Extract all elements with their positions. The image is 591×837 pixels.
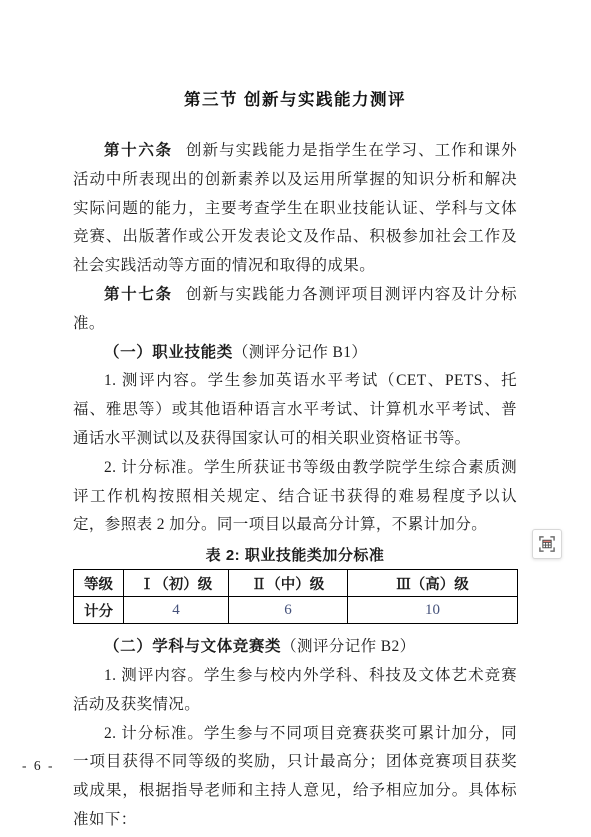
subsection-b1-note: （测评分记作 B1） <box>233 344 367 361</box>
table-2-caption: 表 2: 职业技能类加分标准 <box>73 540 517 566</box>
b1-item-2: 2. 计分标准。学生所获证书等级由教学院学生综合素质测评工作机构按照相关规定、结… <box>73 454 517 540</box>
score-value-level-3: 10 <box>348 597 518 624</box>
document-page: 第三节 创新与实践能力测评 第十六条创新与实践能力是指学生在学习、工作和课外活动… <box>0 0 591 837</box>
subsection-b2-heading: （二）学科与文体竞赛类（测评分记作 B2） <box>73 633 517 662</box>
section-title: 第三节 创新与实践能力测评 <box>73 90 517 111</box>
table-header-level-2: Ⅱ（中）级 <box>229 570 348 597</box>
b2-item-2: 2. 计分标准。学生参与不同项目竞赛获奖可累计加分，同一项目获得不同等级的奖励，… <box>73 720 517 835</box>
article-17-paragraph: 第十七条创新与实践能力各测评项目测评内容及计分标准。 <box>73 281 517 339</box>
subsection-b2-title: （二）学科与文体竞赛类 <box>104 638 281 655</box>
table-row: 计分 4 6 10 <box>74 597 518 624</box>
table-2-skill-scores: 等级 Ⅰ（初）级 Ⅱ（中）级 Ⅲ（高）级 计分 4 6 10 <box>73 569 518 624</box>
article-16-paragraph: 第十六条创新与实践能力是指学生在学习、工作和课外活动中所表现出的创新素养以及运用… <box>73 137 517 281</box>
b1-item-1: 1. 测评内容。学生参加英语水平考试（CET、PETS、托福、雅思等）或其他语种… <box>73 367 517 453</box>
article-17-lead: 第十七条 <box>104 286 173 303</box>
table-header-level-3: Ⅲ（高）级 <box>348 570 518 597</box>
article-16-text: 创新与实践能力是指学生在学习、工作和课外活动中所表现出的创新素养以及运用所掌握的… <box>73 142 517 274</box>
article-16-lead: 第十六条 <box>104 142 173 159</box>
b2-item-1: 1. 测评内容。学生参与校内外学科、科技及文体艺术竞赛活动及获奖情况。 <box>73 662 517 720</box>
table-row: 等级 Ⅰ（初）级 Ⅱ（中）级 Ⅲ（高）级 <box>74 570 518 597</box>
subsection-b1-title: （一）职业技能类 <box>104 344 233 361</box>
page-number: - 6 - <box>22 758 55 774</box>
table-header-level: 等级 <box>74 570 124 597</box>
subsection-b1-heading: （一）职业技能类（测评分记作 B1） <box>73 339 517 368</box>
table-row-label-score: 计分 <box>74 597 124 624</box>
table-capture-button[interactable] <box>532 529 562 559</box>
document-body: 第三节 创新与实践能力测评 第十六条创新与实践能力是指学生在学习、工作和课外活动… <box>73 90 517 835</box>
table-header-level-1: Ⅰ（初）级 <box>124 570 229 597</box>
table-capture-icon <box>537 534 557 554</box>
score-value-level-2: 6 <box>229 597 348 624</box>
score-value-level-1: 4 <box>124 597 229 624</box>
subsection-b2-note: （测评分记作 B2） <box>281 638 415 655</box>
